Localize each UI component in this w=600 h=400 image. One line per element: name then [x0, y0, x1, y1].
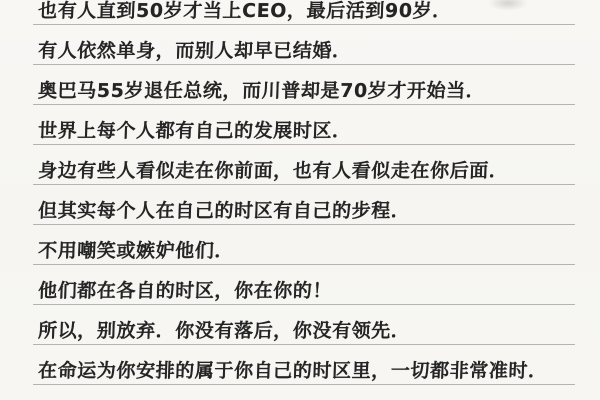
ruled-line-row: 世界上每个人都有自己的发展时区．: [33, 105, 575, 145]
handwritten-line-5: 身边有些人看似走在你前面，也有人看似走在你后面．: [33, 162, 509, 184]
handwritten-line-8: 他们都在各自的时区，你在你的！: [33, 282, 333, 304]
handwritten-line-7: 不用嘲笑或嫉妒他们．: [33, 242, 235, 264]
handwritten-line-10: 在命运为你安排的属于你自己的时区里，一切都非常准时．: [33, 362, 548, 384]
handwritten-line-4: 世界上每个人都有自己的发展时区．: [33, 122, 352, 144]
ruled-line-row: 不用嘲笑或嫉妒他们．: [33, 225, 575, 265]
handwritten-line-6: 但其实每个人在自己的时区有自己的步程．: [33, 202, 411, 224]
ruled-line-row: 他们都在各自的时区，你在你的！: [33, 265, 575, 305]
handwritten-line-3: 奥巴马55岁退任总统，而川普却是70岁才开始当．: [33, 82, 486, 104]
ruled-line-row: 身边有些人看似走在你前面，也有人看似走在你后面．: [33, 145, 575, 185]
ruled-line-row: 也有人直到50岁才当上CEO，最后活到90岁．: [33, 0, 575, 25]
handwritten-line-9: 所以，别放弃．你没有落后，你没有领先．: [33, 322, 411, 344]
handwritten-line-1: 也有人直到50岁才当上CEO，最后活到90岁．: [33, 2, 453, 24]
handwritten-line-2: 有人依然单身，而别人却早已结婚．: [33, 42, 352, 64]
notebook-paper: 也有人直到50岁才当上CEO，最后活到90岁． 有人依然单身，而别人却早已结婚．…: [0, 0, 600, 400]
ruled-line-row: 但其实每个人在自己的时区有自己的步程．: [33, 185, 575, 225]
ruled-line-row: 所以，别放弃．你没有落后，你没有领先．: [33, 305, 575, 345]
ruled-area: 也有人直到50岁才当上CEO，最后活到90岁． 有人依然单身，而别人却早已结婚．…: [33, 0, 575, 385]
ruled-line-row: 奥巴马55岁退任总统，而川普却是70岁才开始当．: [33, 65, 575, 105]
ruled-line-row: 有人依然单身，而别人却早已结婚．: [33, 25, 575, 65]
ruled-line-row: 在命运为你安排的属于你自己的时区里，一切都非常准时．: [33, 345, 575, 385]
